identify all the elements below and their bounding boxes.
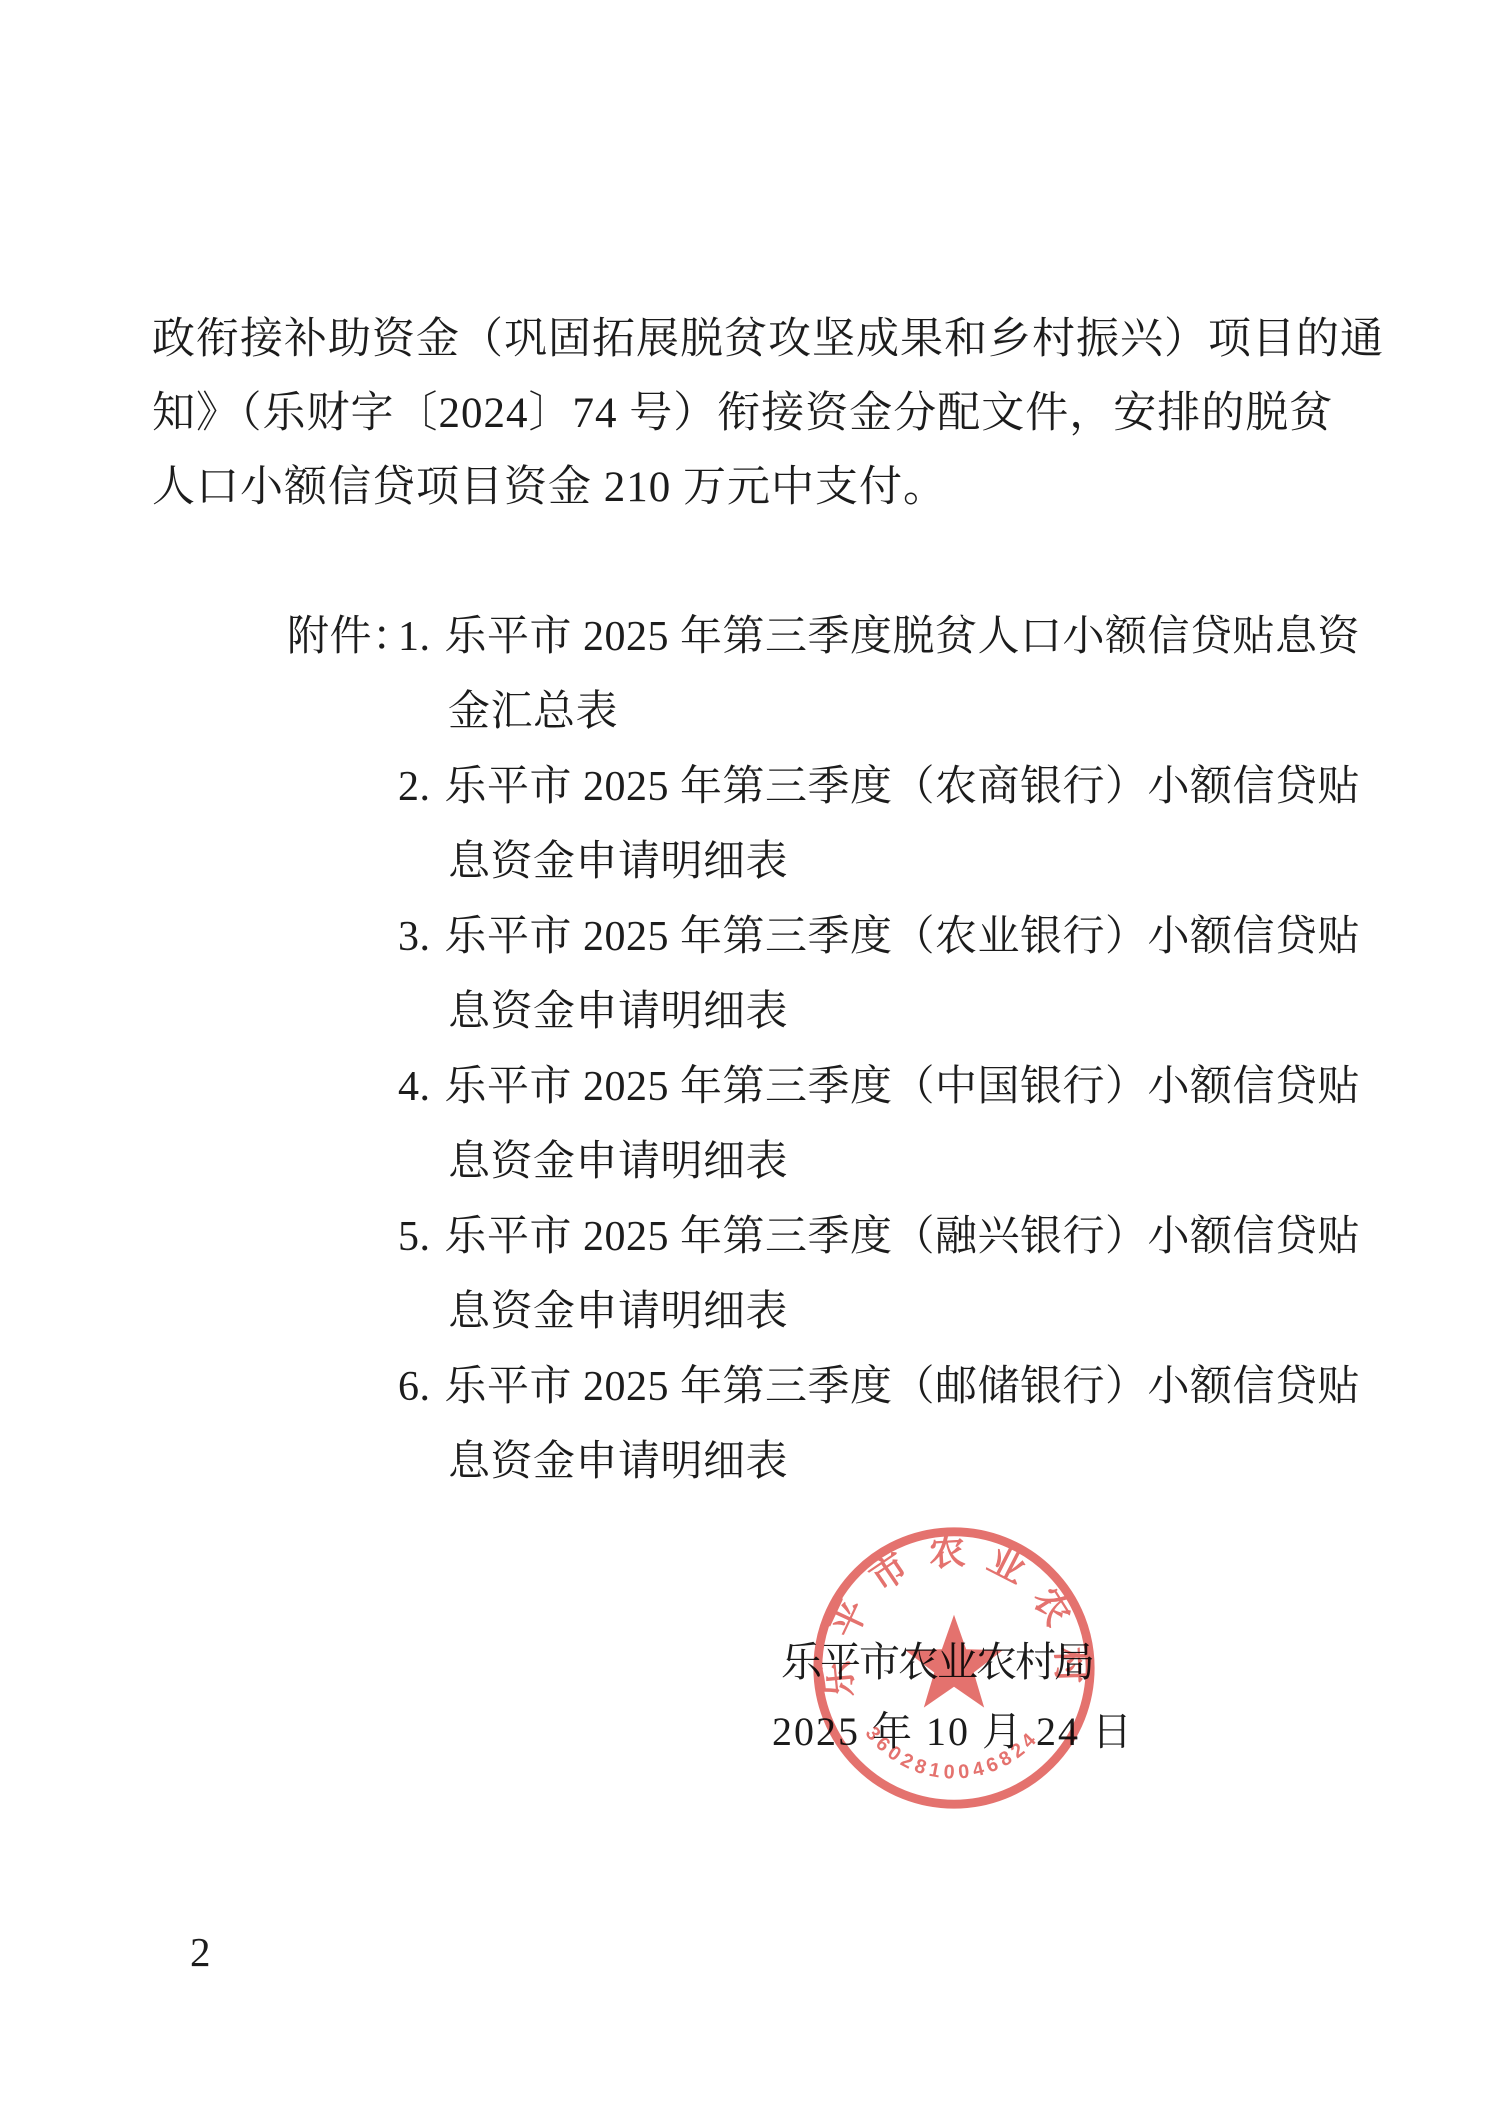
seal-star-icon xyxy=(905,1615,1003,1708)
attachment-item-6-title: 乐平市 2025 年第三季度（邮储银行）小额信贷贴 xyxy=(445,1364,1361,1410)
attachment-item-5-number: 5. xyxy=(398,1216,431,1258)
attachment-item-4-title: 乐平市 2025 年第三季度（中国银行）小额信贷贴 xyxy=(445,1064,1361,1110)
attachment-item-2-number: 2. xyxy=(398,766,431,808)
attachments-label: 附件： xyxy=(287,616,415,658)
paragraph-line-3: 人口小额信贷项目资金 210 万元中支付。 xyxy=(152,466,947,509)
attachment-item-3-line-2: 息资金申请明细表 xyxy=(448,991,788,1033)
attachment-item-4-line-1: 4.乐平市 2025 年第三季度（中国银行）小额信贷贴 xyxy=(398,1066,1360,1108)
attachment-item-1-line-1: 1.乐平市 2025 年第三季度脱贫人口小额信贷贴息资 xyxy=(398,616,1360,658)
attachment-item-3-title: 乐平市 2025 年第三季度（农业银行）小额信贷贴 xyxy=(445,914,1361,960)
attachment-item-5-title: 乐平市 2025 年第三季度（融兴银行）小额信贷贴 xyxy=(445,1214,1361,1260)
attachment-item-1-number: 1. xyxy=(398,616,431,658)
official-seal-stamp: 乐平市农业农村局 3602810046824 xyxy=(806,1520,1102,1816)
attachment-item-6-line-2: 息资金申请明细表 xyxy=(448,1441,788,1483)
attachment-item-1-line-2: 金汇总表 xyxy=(448,691,618,733)
attachment-item-5-line-1: 5.乐平市 2025 年第三季度（融兴银行）小额信贷贴 xyxy=(398,1216,1360,1258)
attachment-item-4-number: 4. xyxy=(398,1066,431,1108)
attachment-item-1-title: 乐平市 2025 年第三季度脱贫人口小额信贷贴息资 xyxy=(445,614,1361,660)
attachment-item-4-line-2: 息资金申请明细表 xyxy=(448,1141,788,1183)
page-number: 2 xyxy=(190,1932,211,1973)
attachment-item-2-line-1: 2.乐平市 2025 年第三季度（农商银行）小额信贷贴 xyxy=(398,766,1360,808)
attachment-item-3-line-1: 3.乐平市 2025 年第三季度（农业银行）小额信贷贴 xyxy=(398,916,1360,958)
paragraph-line-1: 政衔接补助资金（巩固拓展脱贫攻坚成果和乡村振兴）项目的通 xyxy=(152,318,1384,361)
paragraph-line-2: 知》（乐财字〔2024〕74 号）衔接资金分配文件，安排的脱贫 xyxy=(152,392,1333,435)
document-page: 政衔接补助资金（巩固拓展脱贫攻坚成果和乡村振兴）项目的通 知》（乐财字〔2024… xyxy=(0,0,1487,2102)
attachment-item-2-title: 乐平市 2025 年第三季度（农商银行）小额信贷贴 xyxy=(445,764,1361,810)
attachment-item-6-number: 6. xyxy=(398,1366,431,1408)
attachment-item-5-line-2: 息资金申请明细表 xyxy=(448,1291,788,1333)
attachment-item-3-number: 3. xyxy=(398,916,431,958)
attachment-item-6-line-1: 6.乐平市 2025 年第三季度（邮储银行）小额信贷贴 xyxy=(398,1366,1360,1408)
attachment-item-2-line-2: 息资金申请明细表 xyxy=(448,841,788,883)
seal-code: 3602810046824 xyxy=(861,1723,1041,1784)
